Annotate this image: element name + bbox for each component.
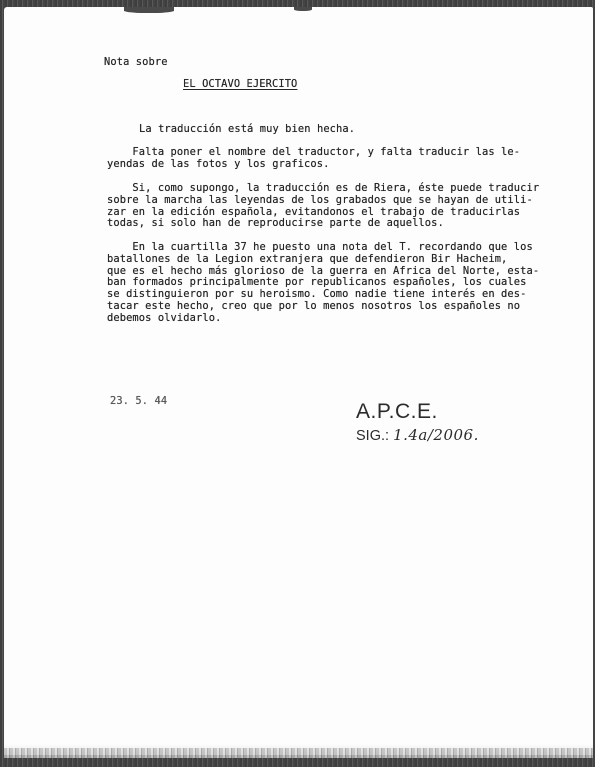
archive-signature: SIG.: 1.4a/2006.: [356, 426, 479, 445]
archive-stamp: A.P.C.E. SIG.: 1.4a/2006.: [356, 400, 479, 445]
paper-sheet: [4, 7, 593, 755]
paragraph-2: Falta poner el nombre del traductor, y f…: [107, 147, 520, 171]
paper-tear: [124, 7, 174, 13]
paragraph-3: Si, como supongo, la traducción es de Ri…: [107, 183, 539, 230]
paragraph-1: La traducción está muy bien hecha.: [139, 124, 355, 136]
signature-label: SIG.:: [356, 428, 389, 444]
note-heading-label: Nota sobre: [104, 57, 168, 69]
archive-name: A.P.C.E.: [356, 400, 479, 424]
paragraph-4: En la cuartilla 37 he puesto una nota de…: [107, 242, 539, 325]
document-title: EL OCTAVO EJERCITO: [183, 79, 297, 91]
paper-edge-shadow: [4, 748, 593, 758]
signature-value: 1.4a/2006.: [393, 426, 479, 444]
paper-tear: [294, 7, 312, 11]
document-date: 23. 5. 44: [110, 396, 167, 408]
